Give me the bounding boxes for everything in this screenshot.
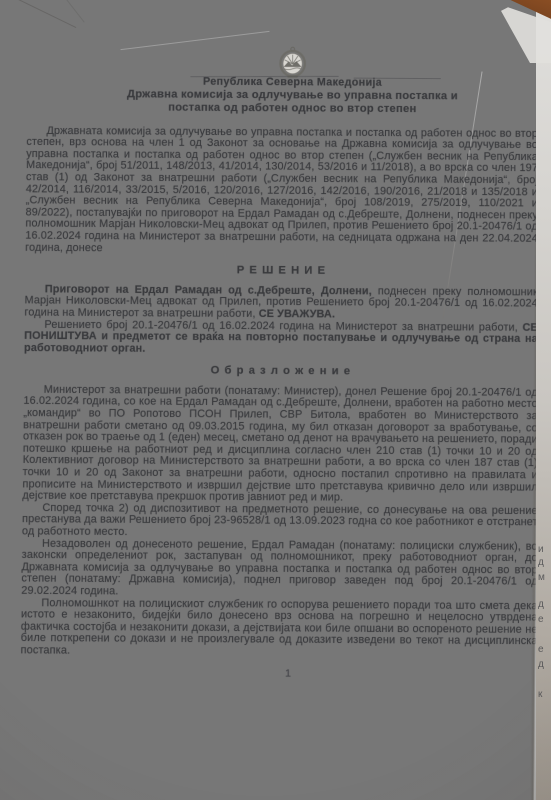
rationale-paragraphs: Министерот за внатрешни работи (понатаму…: [21, 384, 538, 660]
letter-fragment: д: [538, 599, 544, 610]
photo-of-document: Република Северна Македонија Државна ком…: [0, 0, 551, 800]
letter-fragment: и: [538, 544, 544, 555]
letter-fragment: д: [538, 659, 544, 670]
letter-fragment: м: [538, 572, 545, 583]
document-page: Република Северна Македонија Државна ком…: [0, 0, 551, 681]
paragraph: Решението број 20.1-20476/1 од 16.02.202…: [24, 319, 538, 357]
decision-heading: Р Е Ш Е Н И Е: [25, 264, 538, 279]
back-sheet: идмдеедк: [536, 0, 551, 800]
text-segment: Државната комисија за одлучување во упра…: [25, 125, 538, 254]
bold-text-segment: СЕ УВАЖУВА.: [259, 308, 335, 321]
document-body: Државната комисија за одлучување во упра…: [20, 125, 538, 681]
commission-name-line2: постапка од работен однос во втор степен: [37, 101, 548, 118]
letter-fragment: е: [538, 644, 544, 655]
text-segment: Според точка 2) од диспозитивот на предм…: [22, 502, 538, 538]
intro-paragraphs: Државната комисија за одлучување во упра…: [25, 125, 538, 257]
operative-paragraphs: Приговорот на Ердал Рамадан од с.Дебрешт…: [24, 284, 538, 358]
paragraph: Полномошнкот на полицискиот службеник го…: [21, 597, 538, 660]
paragraph: Приговорот на Ердал Рамадан од с.Дебрешт…: [24, 284, 537, 322]
coat-of-arms-icon: [274, 46, 312, 78]
paragraph: Министерот за внатрешни работи (понатаму…: [22, 384, 538, 505]
letter-fragment: д: [538, 557, 544, 568]
paragraph: Според точка 2) од диспозитивот на предм…: [22, 503, 538, 542]
letter-fragment: е: [538, 614, 544, 625]
text-segment: Незадоволен од донесеното решение, Ердал…: [21, 537, 538, 597]
text-segment: Полномошнкот на полицискиот службеник го…: [21, 597, 538, 657]
page-number: 1: [29, 666, 546, 681]
rationale-heading: О б р а з л о ж е н и е: [24, 365, 538, 380]
paragraph: Државната комисија за одлучување во упра…: [25, 125, 538, 257]
letterhead: Република Северна Македонија Државна ком…: [37, 45, 548, 118]
letter-fragment: к: [538, 689, 542, 700]
text-segment: Министерот за внатрешни работи (понатаму…: [22, 384, 538, 504]
paragraph: Незадоволен од донесеното решение, Ердал…: [21, 538, 538, 601]
